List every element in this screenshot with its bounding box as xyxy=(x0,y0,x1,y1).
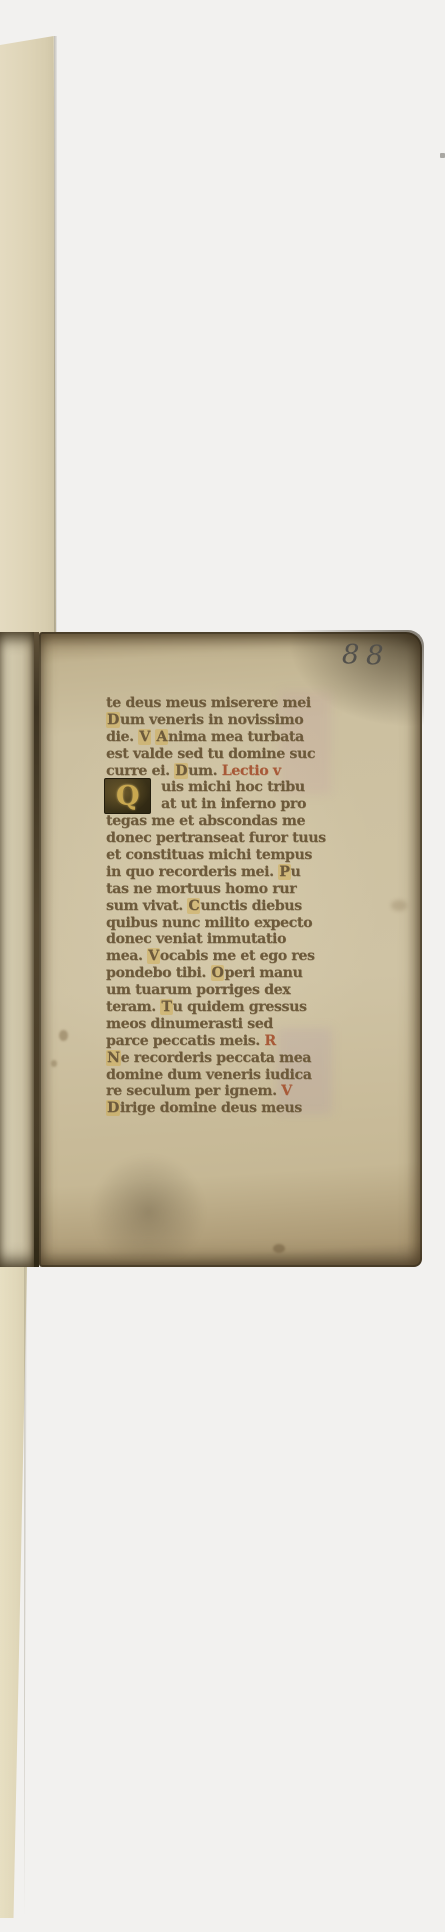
body-text: et constituas michi tempus xyxy=(106,847,312,863)
folio-number: 88 xyxy=(341,639,390,673)
highlighted-capital: C xyxy=(187,898,200,914)
body-text: quibus nunc milito expecto xyxy=(106,915,312,931)
body-text: te deus meus miserere mei xyxy=(106,695,311,711)
body-text: peri manu xyxy=(224,965,302,981)
body-text: um. xyxy=(188,763,222,779)
body-text: sum vivat. xyxy=(106,898,187,914)
body-text: unctis diebus xyxy=(200,898,302,914)
photo-of-manuscript: 88 Q te deus meus miserere meiDum veneri… xyxy=(0,0,445,1932)
highlighted-capital: D xyxy=(174,763,188,779)
text-line: Dirige domine deus meus xyxy=(106,1100,332,1117)
initial-letter-q: Q xyxy=(116,783,139,810)
manuscript-book: 88 Q te deus meus miserere meiDum veneri… xyxy=(0,632,422,1267)
highlighted-capital: O xyxy=(211,965,225,981)
body-text: domine dum veneris iudica xyxy=(106,1067,312,1083)
text-line: parce peccatis meis. R xyxy=(106,1033,332,1050)
text-line: re seculum per ignem. V xyxy=(106,1083,332,1100)
text-line: mea. Vocabis me et ego res xyxy=(106,948,332,965)
body-text: parce peccatis meis. xyxy=(106,1033,264,1049)
text-line: pondebo tibi. Operi manu xyxy=(106,965,332,982)
rubric-text: R xyxy=(264,1033,275,1049)
text-line: um tuarum porriges dex xyxy=(106,982,332,999)
body-text: um tuarum porriges dex xyxy=(106,982,290,998)
cream-page-edge-bottom xyxy=(0,1267,27,1918)
body-text: tegas me et abscondas me xyxy=(106,813,305,829)
text-line: teram. Tu quidem gressus xyxy=(106,999,332,1016)
highlighted-capital: D xyxy=(106,712,120,728)
body-text: pondebo tibi. xyxy=(106,965,211,981)
body-text: donec pertranseat furor tuus xyxy=(106,830,326,846)
body-text: est valde sed tu domine suc xyxy=(106,746,315,762)
body-text: curre ei. xyxy=(106,763,174,779)
cream-page-edge-top-shadow xyxy=(54,36,57,634)
highlighted-capital: A xyxy=(155,729,168,745)
manuscript-page: 88 Q te deus meus miserere meiDum veneri… xyxy=(39,632,422,1267)
body-text: ocabis me et ego res xyxy=(160,948,315,964)
body-text: at ut in inferno pro xyxy=(161,796,306,812)
highlighted-capital: N xyxy=(106,1050,121,1066)
highlighted-capital: V xyxy=(138,729,151,745)
body-text: um veneris in novissimo xyxy=(120,712,303,728)
text-line: Dum veneris in novissimo xyxy=(106,712,332,729)
stain-dot xyxy=(51,1060,57,1067)
stain-dot xyxy=(273,1244,285,1253)
text-line: donec pertranseat furor tuus xyxy=(106,830,332,847)
highlighted-capital: P xyxy=(278,864,290,880)
text-line: die. V Anima mea turbata xyxy=(106,729,332,746)
text-line: curre ei. Dum. Lectio v xyxy=(106,763,332,780)
text-line: quibus nunc milito expecto xyxy=(106,915,332,932)
facing-page-edge xyxy=(0,632,34,1267)
body-text: meos dinumerasti sed xyxy=(106,1016,273,1032)
body-text: u quidem gressus xyxy=(173,999,307,1015)
body-text: mea. xyxy=(106,948,147,964)
body-text: re seculum per ignem. xyxy=(106,1083,281,1099)
text-line: te deus meus miserere mei xyxy=(106,695,332,712)
highlighted-capital: V xyxy=(147,948,160,964)
text-line: in quo recorderis mei. Pu xyxy=(106,864,332,881)
text-line: et constituas michi tempus xyxy=(106,847,332,864)
cream-page-edge-top xyxy=(0,36,56,634)
text-line: tas ne mortuus homo rur xyxy=(106,881,332,898)
text-line: meos dinumerasti sed xyxy=(106,1016,332,1033)
cream-page-edge-bottom-shadow xyxy=(24,1267,27,1918)
body-text: nima mea turbata xyxy=(168,729,304,745)
text-line: sum vivat. Cunctis diebus xyxy=(106,898,332,915)
text-line: Ne recorderis peccata mea xyxy=(106,1050,332,1067)
body-text: die. xyxy=(106,729,138,745)
edge-mark xyxy=(440,153,445,158)
text-line: est valde sed tu domine suc xyxy=(106,746,332,763)
body-text: irige domine deus meus xyxy=(120,1100,302,1116)
body-text: tas ne mortuus homo rur xyxy=(106,881,296,897)
body-text: u xyxy=(291,864,301,880)
rubric-text: Lectio v xyxy=(222,763,281,779)
text-block: Q te deus meus miserere meiDum veneris i… xyxy=(106,695,332,1117)
body-text: uis michi hoc tribu xyxy=(161,779,305,795)
rubric-text: V xyxy=(281,1083,292,1099)
body-text: donec veniat immutatio xyxy=(106,931,286,947)
text-line: tegas me et abscondas me xyxy=(106,813,332,830)
body-text: e recorderis peccata mea xyxy=(121,1050,312,1066)
text-line: domine dum veneris iudica xyxy=(106,1067,332,1084)
smudge-stain xyxy=(91,1154,206,1259)
text-line: donec veniat immutatio xyxy=(106,931,332,948)
illuminated-initial: Q xyxy=(104,778,151,814)
body-text: teram. xyxy=(106,999,160,1015)
body-text: in quo recorderis mei. xyxy=(106,864,278,880)
highlighted-capital: D xyxy=(106,1100,120,1116)
stain-dot xyxy=(391,900,407,911)
highlighted-capital: T xyxy=(160,999,172,1015)
stain-dot xyxy=(59,1030,68,1041)
